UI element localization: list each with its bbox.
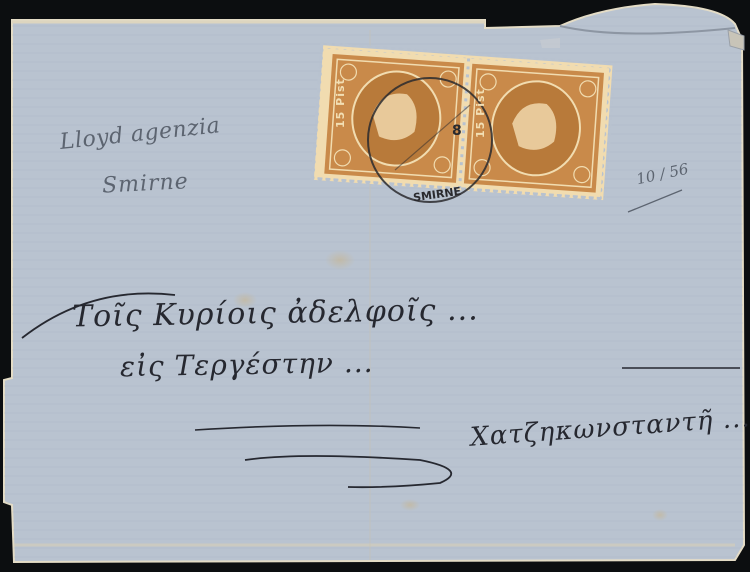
stamp-pair xyxy=(314,45,613,200)
postmark-date: 8 xyxy=(452,123,462,139)
letter-sheet xyxy=(0,0,750,572)
address-line-2: εἰς Τεργέστην ... xyxy=(120,346,374,383)
address-line-1: Τοῖς Κυρίοις ἀδελφοῖς ... xyxy=(72,292,479,334)
cover-photo: 15 Pist 15 Pist SMIRNE 8 Lloyd agenzia S… xyxy=(0,0,750,572)
pencil-line-2: Smirne xyxy=(101,164,280,198)
pencil-annotation: Lloyd agenzia Smirne xyxy=(60,130,280,194)
stamp-right-denomination: 15 Pist xyxy=(474,88,487,138)
stamp-left-denomination: 15 Pist xyxy=(334,78,347,128)
